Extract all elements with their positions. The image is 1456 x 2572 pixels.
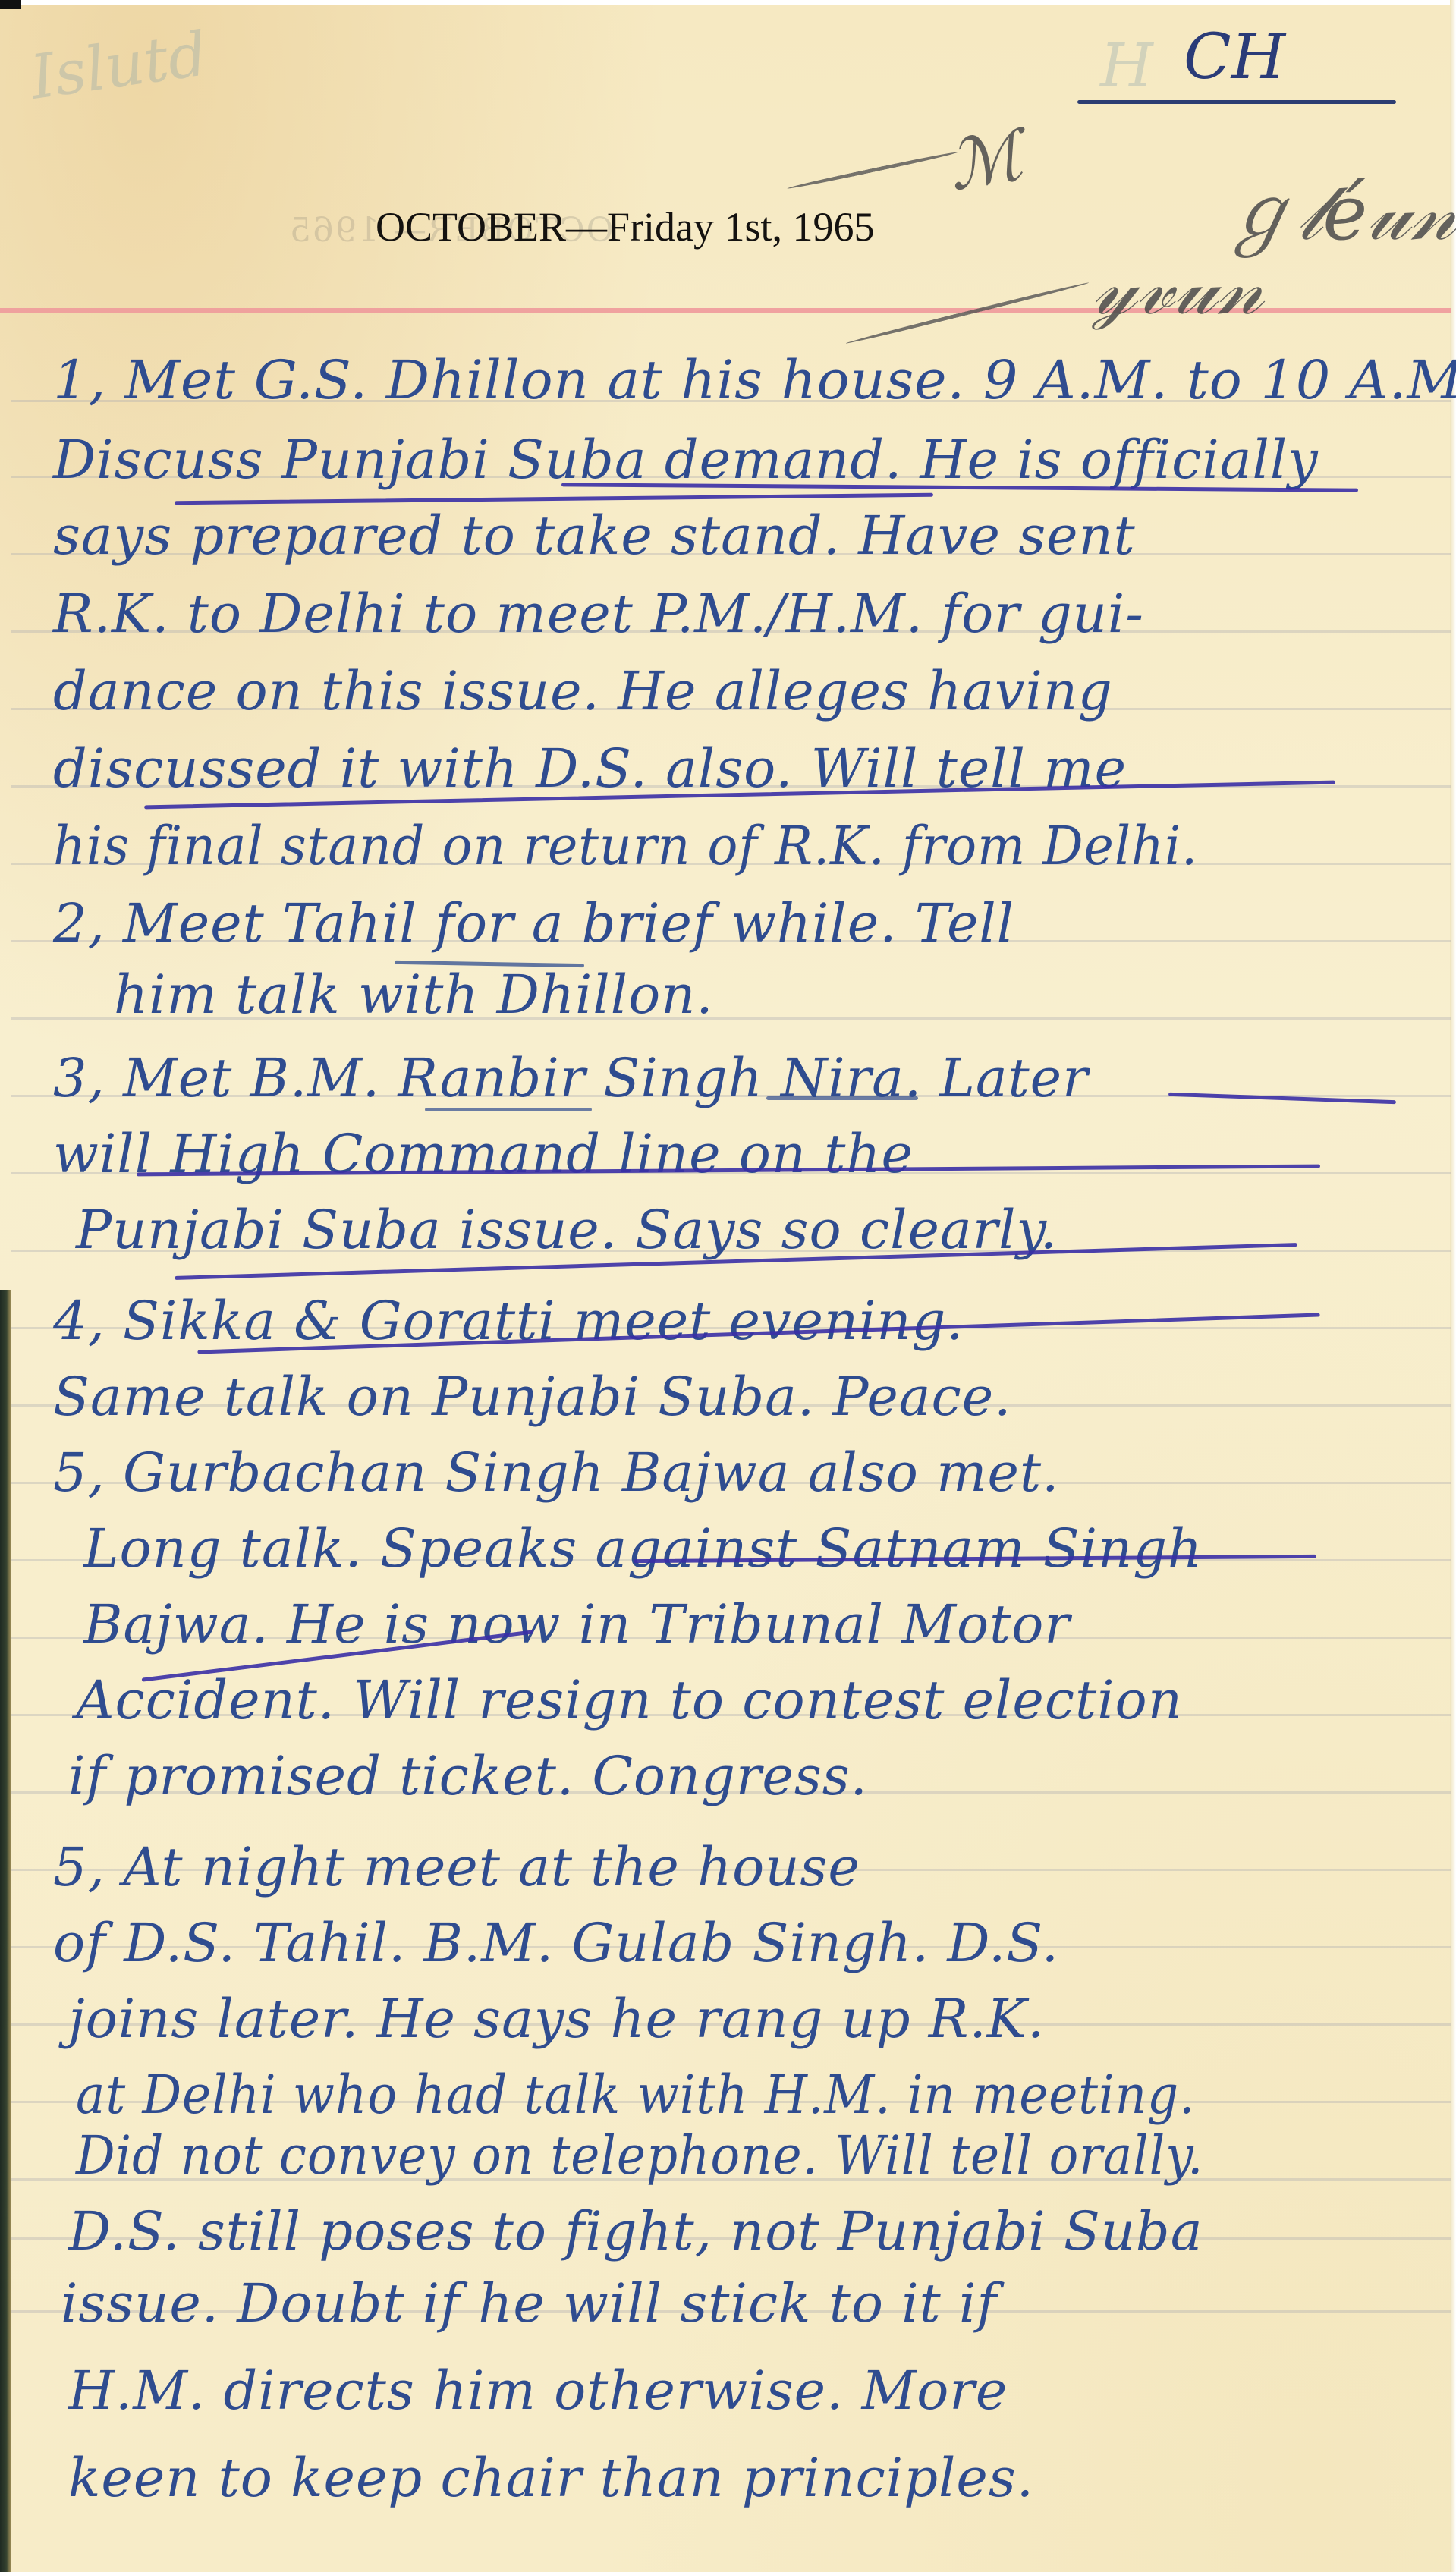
diary-line: 5, At night meet at the house: [53, 1836, 860, 1898]
scan-top-margin: [0, 0, 1456, 5]
diary-line: says prepared to take stand. Have sent: [53, 505, 1136, 567]
pencil-stroke: [787, 150, 958, 190]
diary-line: H.M. directs him otherwise. More: [68, 2360, 1008, 2422]
diary-line: Long talk. Speaks against Satnam Singh: [83, 1517, 1203, 1580]
diary-line: 2, Meet Tahil for a brief while. Tell: [53, 892, 1014, 954]
ch-annotation: CH: [1184, 21, 1285, 93]
diary-line: his final stand on return of R.K. from D…: [53, 815, 1198, 877]
pencil-signature-line2: 𝓎𝓋𝓊𝓃: [1093, 243, 1264, 332]
diary-line: if promised ticket. Congress.: [68, 1745, 868, 1807]
bleed-through-letter: H: [1100, 30, 1153, 101]
bleed-through-note: Islutd: [27, 18, 212, 113]
diary-line: D.S. still poses to fight, not Punjabi S…: [68, 2200, 1203, 2262]
diary-line: of D.S. Tahil. B.M. Gulab Singh. D.S.: [53, 1912, 1059, 1974]
diary-line: Bajwa. He is now in Tribunal Motor: [83, 1593, 1071, 1655]
ch-underline: [1077, 100, 1396, 104]
emphasis-underline: [425, 1108, 592, 1111]
diary-line: joins later. He says he rang up R.K.: [68, 1988, 1045, 2050]
notebook-binding-edge: [0, 1290, 11, 2572]
diary-line: Discuss Punjabi Suba demand. He is offic…: [53, 429, 1319, 491]
diary-line: 3, Met B.M. Ranbir Singh Nira. Later: [53, 1047, 1089, 1109]
diary-line: dance on this issue. He alleges having: [53, 660, 1113, 722]
diary-line: Punjabi Suba issue. Says so clearly.: [76, 1199, 1058, 1261]
diary-line: issue. Doubt if he will stick to it if: [61, 2272, 997, 2335]
diary-page: Islutd H OCTOBER— 1965 OCTOBER—Friday 1s…: [0, 0, 1456, 2572]
page-date-header: OCTOBER—Friday 1st, 1965: [376, 203, 875, 250]
emphasis-underline: [766, 1096, 918, 1100]
diary-line: at Delhi who had talk with H.M. in meeti…: [76, 2064, 1196, 2126]
scan-corner-mark: [0, 0, 21, 9]
diary-line: Did not convey on telephone. Will tell o…: [76, 2124, 1203, 2187]
emphasis-underline: [175, 493, 933, 505]
diary-line: R.K. to Delhi to meet P.M./H.M. for gui-: [53, 583, 1144, 645]
diary-line: him talk with Dhillon.: [114, 964, 714, 1026]
diary-line: Same talk on Punjabi Suba. Peace.: [53, 1366, 1011, 1428]
diary-line: 1, Met G.S. Dhillon at his house. 9 A.M.…: [53, 349, 1456, 411]
diary-line: keen to keep chair than principles.: [68, 2447, 1034, 2509]
diary-line: Accident. Will resign to contest electio…: [76, 1669, 1183, 1731]
pencil-initials: ℳ: [942, 115, 1028, 206]
diary-line: 5, Gurbachan Singh Bajwa also met.: [53, 1442, 1059, 1504]
